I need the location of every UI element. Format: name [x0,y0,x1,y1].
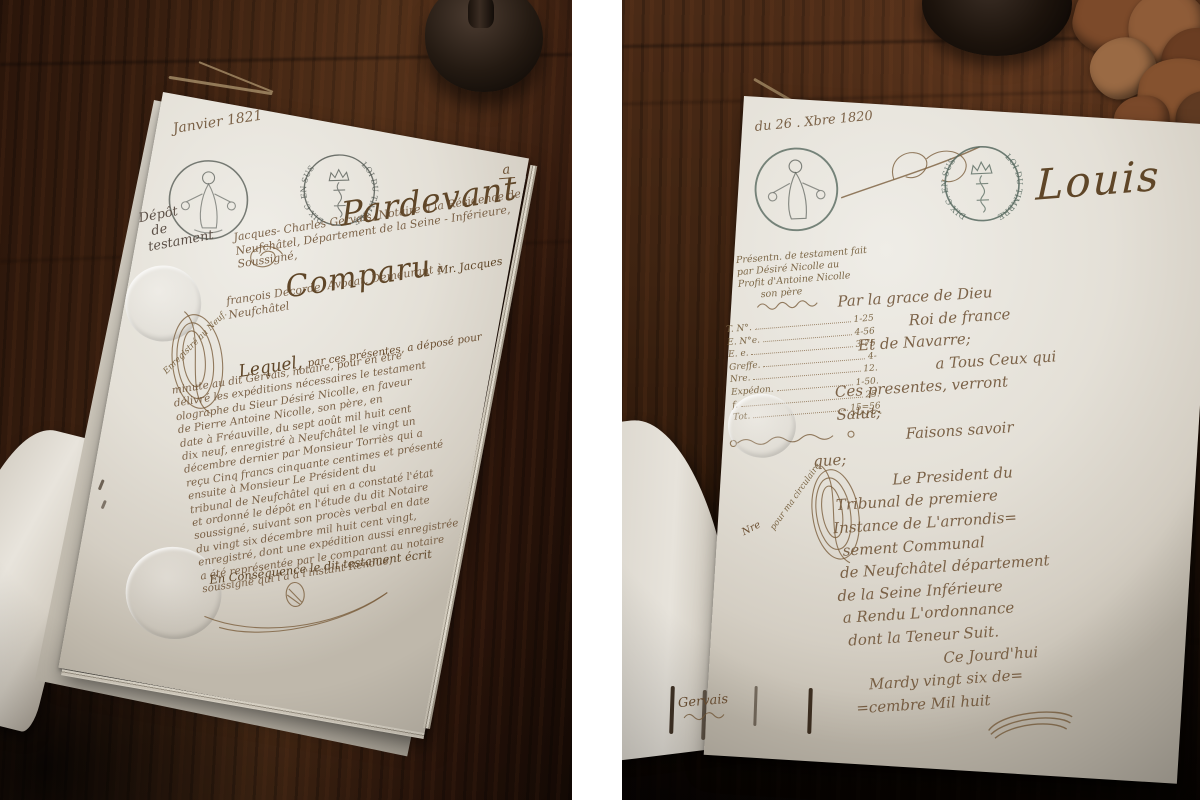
date-line: Janvier 1821 [172,108,264,137]
photo-right: du 26 . Xbre 1820 Présentn. de testament… [622,0,1200,800]
closing-flourish [190,570,404,653]
iron-object [922,0,1072,56]
diptych-canvas: Janvier 1821 Dépôt de testament [0,0,1200,800]
left-manuscript-page: Janvier 1821 Dépôt de testament [58,92,529,734]
right-manuscript-page: du 26 . Xbre 1820 Présentn. de testament… [704,96,1200,784]
ink-mark [98,479,105,490]
photo-left: Janvier 1821 Dépôt de testament [0,0,572,800]
stamp-arc-text: DIX C. EN SUS [938,155,968,223]
sheet-edges-bottom [61,669,425,739]
bell-neck [468,0,494,28]
ink-mark [101,500,107,509]
stamp-arc-text: LOI DU TIMBRE [993,151,1026,223]
date-line: du 26 . Xbre 1820 [754,109,873,135]
svg-text:LOI DU TIMBRE DIX C.: LOI DU TIMBRE DIX C. EN SUS [937,139,1026,225]
comparu-flourish [241,238,292,279]
justice-figure-stamp-icon [751,143,843,235]
king-name: Louis [1035,151,1161,210]
margin-note-depot: Dépôt de testament [138,198,215,255]
crown-revenue-stamp-icon: LOI DU TIMBRE DIX C. EN SUS [939,141,1024,226]
diagonal-margin-note-2: Nre [740,519,762,538]
comparu-suffix: Mr. Jacques [436,255,503,278]
bottom-scribble-flourish [982,701,1080,743]
